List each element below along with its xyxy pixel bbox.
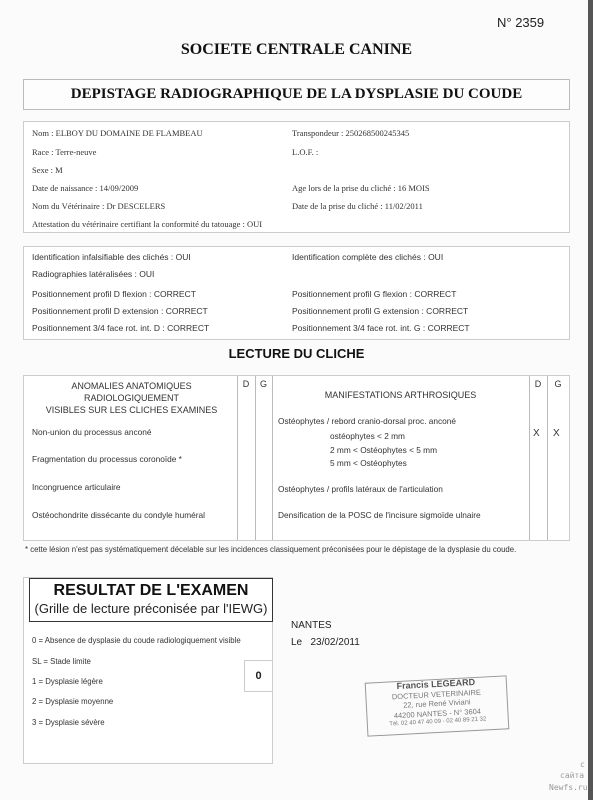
grade-item: SL = Stade limite bbox=[32, 657, 91, 666]
arthrosis-col-d: D bbox=[529, 379, 547, 389]
check-item: Positionnement profil G flexion : CORREC… bbox=[292, 289, 456, 299]
veterinarian-stamp: Francis LEGEARD DOCTEUR VETERINAIRE 22, … bbox=[365, 675, 510, 736]
watermark: с bbox=[580, 760, 585, 769]
check-item: Positionnement profil G extension : CORR… bbox=[292, 306, 468, 316]
scan-edge bbox=[588, 0, 593, 800]
grade-item: 0 = Absence de dysplasie du coude radiol… bbox=[32, 636, 241, 645]
anomalies-header: ANOMALIES ANATOMIQUES RADIOLOGIQUEMENT V… bbox=[28, 380, 235, 416]
check-item: Positionnement profil D extension : CORR… bbox=[32, 306, 208, 316]
result-grade: 0 bbox=[244, 660, 273, 692]
identification-box: Nom : ELBOY DU DOMAINE DE FLAMBEAU Race … bbox=[23, 121, 570, 233]
mark-d: X bbox=[533, 428, 540, 439]
result-box: RESULTAT DE L'EXAMEN (Grille de lecture … bbox=[23, 577, 273, 764]
column-divider bbox=[237, 376, 238, 540]
attestation-field: Attestation du vétérinaire certifiant la… bbox=[32, 219, 262, 229]
check-item: Identification complète des clichés : OU… bbox=[292, 252, 443, 262]
anomaly-item: Fragmentation du processus coronoïde * bbox=[32, 454, 182, 464]
reading-table: ANOMALIES ANATOMIQUES RADIOLOGIQUEMENT V… bbox=[23, 375, 570, 541]
birthdate-field: Date de naissance : 14/09/2009 bbox=[32, 183, 138, 193]
lecture-title: LECTURE DU CLICHE bbox=[0, 346, 593, 361]
anomaly-item: Non-union du processus anconé bbox=[32, 427, 151, 437]
column-divider bbox=[255, 376, 256, 540]
check-item: Positionnement 3/4 face rot. int. G : CO… bbox=[292, 323, 470, 333]
watermark: сайта bbox=[560, 771, 584, 780]
document-number: N° 2359 bbox=[497, 15, 544, 30]
arthrosis-subitem: ostéophytes < 2 mm bbox=[330, 431, 405, 441]
xray-date-field: Date de la prise du cliché : 11/02/2011 bbox=[292, 201, 423, 211]
breed-field: Race : Terre-neuve bbox=[32, 147, 96, 157]
grade-item: 1 = Dysplasie légère bbox=[32, 677, 103, 686]
organization-title: SOCIETE CENTRALE CANINE bbox=[0, 41, 593, 59]
arthrosis-header: MANIFESTATIONS ARTHROSIQUES bbox=[272, 390, 529, 400]
column-divider bbox=[547, 376, 548, 540]
anomaly-item: Ostéochondrite dissécante du condyle hum… bbox=[32, 510, 205, 520]
arthrosis-item: Ostéophytes / rebord cranio-dorsal proc.… bbox=[278, 416, 456, 426]
check-item: Identification infalsifiable des clichés… bbox=[32, 252, 191, 262]
arthrosis-item: Ostéophytes / profils latéraux de l'arti… bbox=[278, 484, 443, 494]
result-title: RESULTAT DE L'EXAMEN bbox=[30, 582, 272, 600]
age-field: Age lors de la prise du cliché : 16 MOIS bbox=[292, 183, 430, 193]
lof-field: L.O.F. : bbox=[292, 147, 318, 157]
anomalies-col-g: G bbox=[255, 379, 272, 389]
grade-item: 2 = Dysplasie moyenne bbox=[32, 697, 113, 706]
check-item: Positionnement 3/4 face rot. int. D : CO… bbox=[32, 323, 209, 333]
signature-place: NANTES bbox=[291, 620, 332, 631]
arthrosis-item: Densification de la POSC de l'incisure s… bbox=[278, 510, 481, 520]
mark-g: X bbox=[553, 428, 560, 439]
anomalies-col-d: D bbox=[237, 379, 255, 389]
check-item: Radiographies latéralisées : OUI bbox=[32, 269, 154, 279]
arthrosis-col-g: G bbox=[547, 379, 569, 389]
watermark: Newfs.ru bbox=[549, 783, 588, 792]
check-item: Positionnement profil D flexion : CORREC… bbox=[32, 289, 196, 299]
anomaly-item: Incongruence articulaire bbox=[32, 482, 121, 492]
result-subtitle: (Grille de lecture préconisée par l'IEWG… bbox=[30, 601, 272, 616]
footnote: * cette lésion n'est pas systématiquemen… bbox=[25, 545, 516, 554]
column-divider bbox=[272, 376, 273, 540]
arthrosis-subitem: 2 mm < Ostéophytes < 5 mm bbox=[330, 445, 437, 455]
sex-field: Sexe : M bbox=[32, 165, 63, 175]
arthrosis-subitem: 5 mm < Ostéophytes bbox=[330, 458, 407, 468]
result-header: RESULTAT DE L'EXAMEN (Grille de lecture … bbox=[29, 578, 273, 622]
radiograph-checks-box: Identification infalsifiable des clichés… bbox=[23, 246, 570, 340]
grade-item: 3 = Dysplasie sévère bbox=[32, 718, 105, 727]
document-title-box: DEPISTAGE RADIOGRAPHIQUE DE LA DYSPLASIE… bbox=[23, 79, 570, 110]
signature-date: Le 23/02/2011 bbox=[291, 637, 360, 648]
column-divider bbox=[529, 376, 530, 540]
veterinarian-field: Nom du Vétérinaire : Dr DESCELERS bbox=[32, 201, 165, 211]
document-title: DEPISTAGE RADIOGRAPHIQUE DE LA DYSPLASIE… bbox=[24, 80, 569, 109]
name-field: Nom : ELBOY DU DOMAINE DE FLAMBEAU bbox=[32, 128, 203, 138]
transponder-field: Transpondeur : 250268500245345 bbox=[292, 128, 409, 138]
